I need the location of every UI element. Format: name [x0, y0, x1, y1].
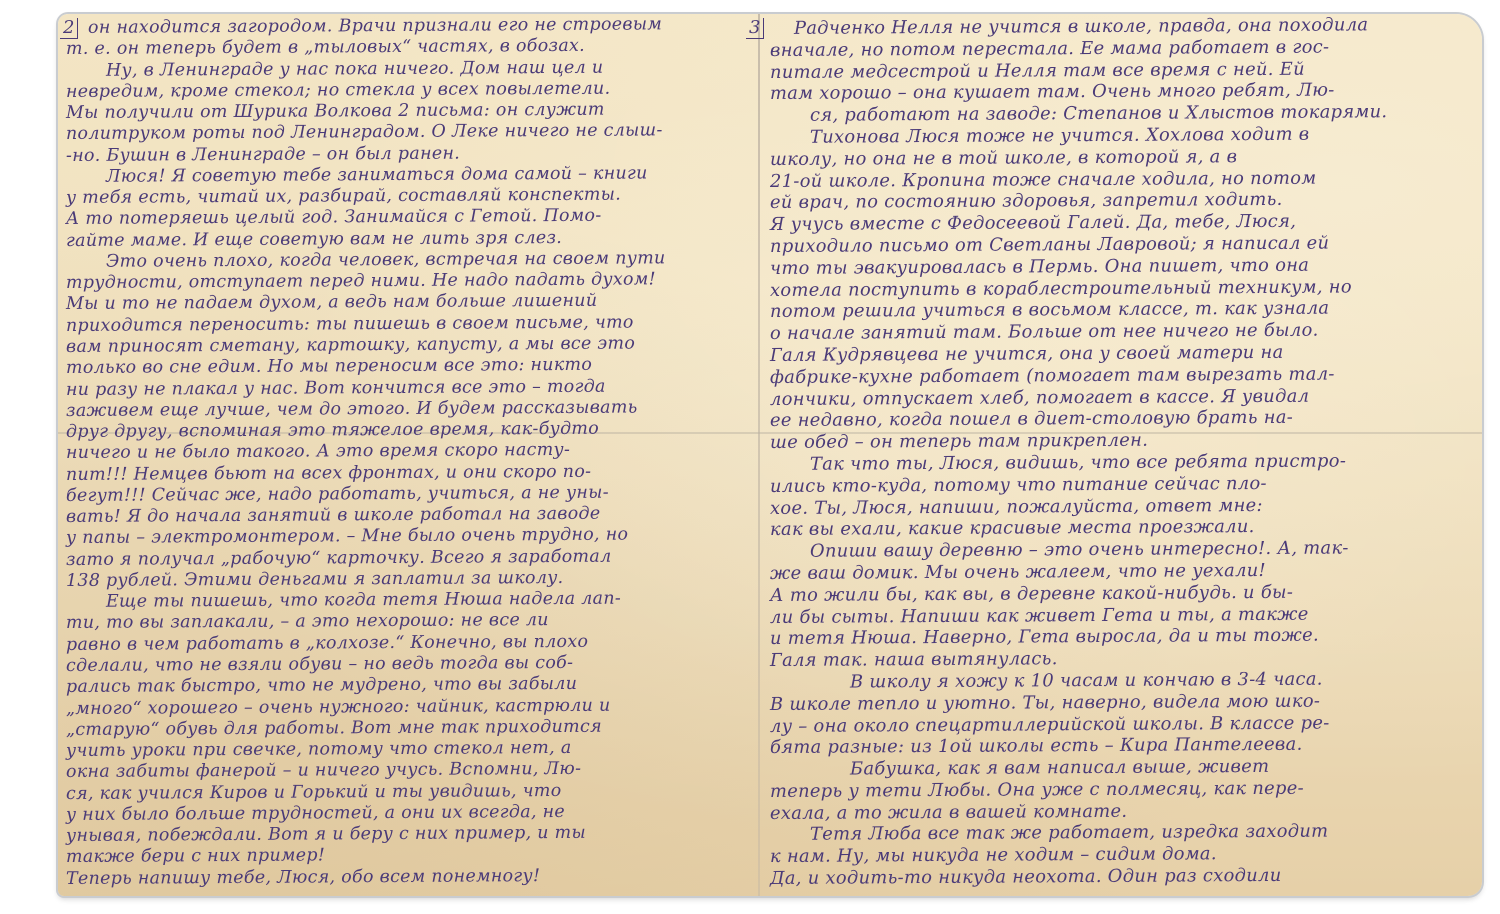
- left-page: он находится загородом. Врачи признали е…: [66, 18, 756, 890]
- right-page: Радченко Нелля не учится в школе, правда…: [770, 18, 1470, 890]
- handwritten-line: Да, и ходить-то никуда неохота. Один раз…: [770, 864, 1470, 890]
- handwritten-line: Теперь напишу тебе, Люся, обо всем понем…: [66, 864, 756, 889]
- letter-sheet: 2 3 он находится загородом. Врачи призна…: [58, 14, 1482, 896]
- vertical-fold-crease: [758, 14, 760, 896]
